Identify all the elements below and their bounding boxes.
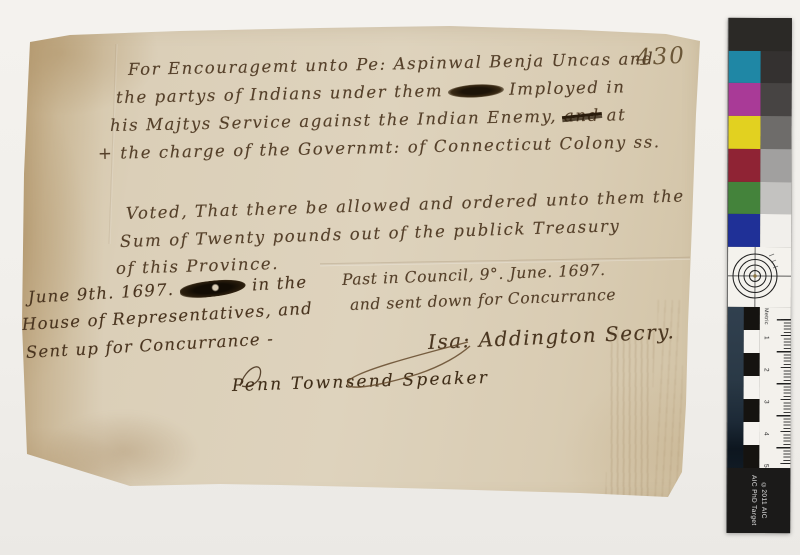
line-text: at: [606, 105, 626, 124]
patch-row: [729, 83, 792, 116]
line-text: Imployed in: [509, 77, 626, 98]
focus-target: [728, 247, 791, 307]
line-text: in the: [251, 272, 307, 294]
concentric-circles-icon: [728, 247, 791, 307]
color-patch: [760, 51, 792, 84]
ruler-number: 2: [763, 368, 770, 372]
color-patch: [728, 116, 760, 149]
patch-row: [728, 214, 791, 247]
ruler-cm-ticks: [776, 319, 791, 466]
manuscript-line: Sum of Twenty pounds out of the publick …: [120, 216, 621, 251]
color-patch: [760, 116, 792, 149]
patch-row: [729, 51, 792, 84]
ink-blot: [179, 277, 246, 300]
struck-word: and: [564, 106, 600, 126]
photo-stage: 430 For Encouragemt unto Pe: Aspinwal Be…: [0, 0, 800, 555]
manuscript-paper: 430 For Encouragemt unto Pe: Aspinwal Be…: [20, 24, 704, 504]
color-patch: [728, 214, 760, 247]
ruler-navy-strip: [727, 307, 744, 468]
ink-scribble: [448, 83, 505, 99]
ruler-number: 1: [763, 336, 770, 340]
aic-calibration-target: Metric 12345 AIC PhD Target ©2011 AIC: [726, 18, 792, 533]
speaker-signature: Penn Townsend Speaker: [232, 368, 490, 396]
patch-row: [728, 149, 791, 182]
color-patch: [760, 83, 792, 116]
metric-ruler: Metric 12345: [759, 307, 791, 468]
target-footer: AIC PhD Target ©2011 AIC: [727, 468, 790, 533]
target-footer-copyright: ©2011 AIC: [760, 482, 767, 519]
manuscript-line: + the charge of the Governmt: of Connect…: [98, 132, 661, 163]
color-patch: [728, 181, 760, 214]
council-note-line: and sent down for Concurrance: [350, 286, 617, 314]
ink-bleedthrough: [605, 329, 655, 509]
manuscript-line: his Majtys Service against the Indian En…: [110, 105, 627, 135]
color-patch: [729, 51, 761, 84]
patch-row: [729, 18, 792, 51]
line-text: his Majtys Service against the Indian En…: [110, 107, 558, 135]
ruler-number: 3: [763, 400, 770, 404]
patch-row: [728, 116, 791, 149]
ruler-checker-strip: [743, 307, 760, 468]
target-footer-title: AIC PhD Target: [750, 475, 757, 526]
paper-corner-stain: [48, 412, 198, 492]
color-patch: [760, 214, 792, 247]
color-patch: [760, 182, 792, 215]
manuscript-line: the partys of Indians under themImployed…: [116, 77, 626, 107]
ruler-number: 4: [762, 432, 769, 436]
ruler-label: Metric: [763, 308, 769, 325]
color-patch: [729, 18, 792, 51]
color-patch-rows: [728, 18, 792, 247]
line-text: the partys of Indians under them: [116, 81, 444, 107]
color-patch: [728, 149, 760, 182]
color-patch: [729, 83, 761, 116]
color-patch: [760, 149, 792, 182]
manuscript-line: For Encouragemt unto Pe: Aspinwal Benja …: [128, 49, 655, 79]
patch-row: [728, 181, 791, 214]
